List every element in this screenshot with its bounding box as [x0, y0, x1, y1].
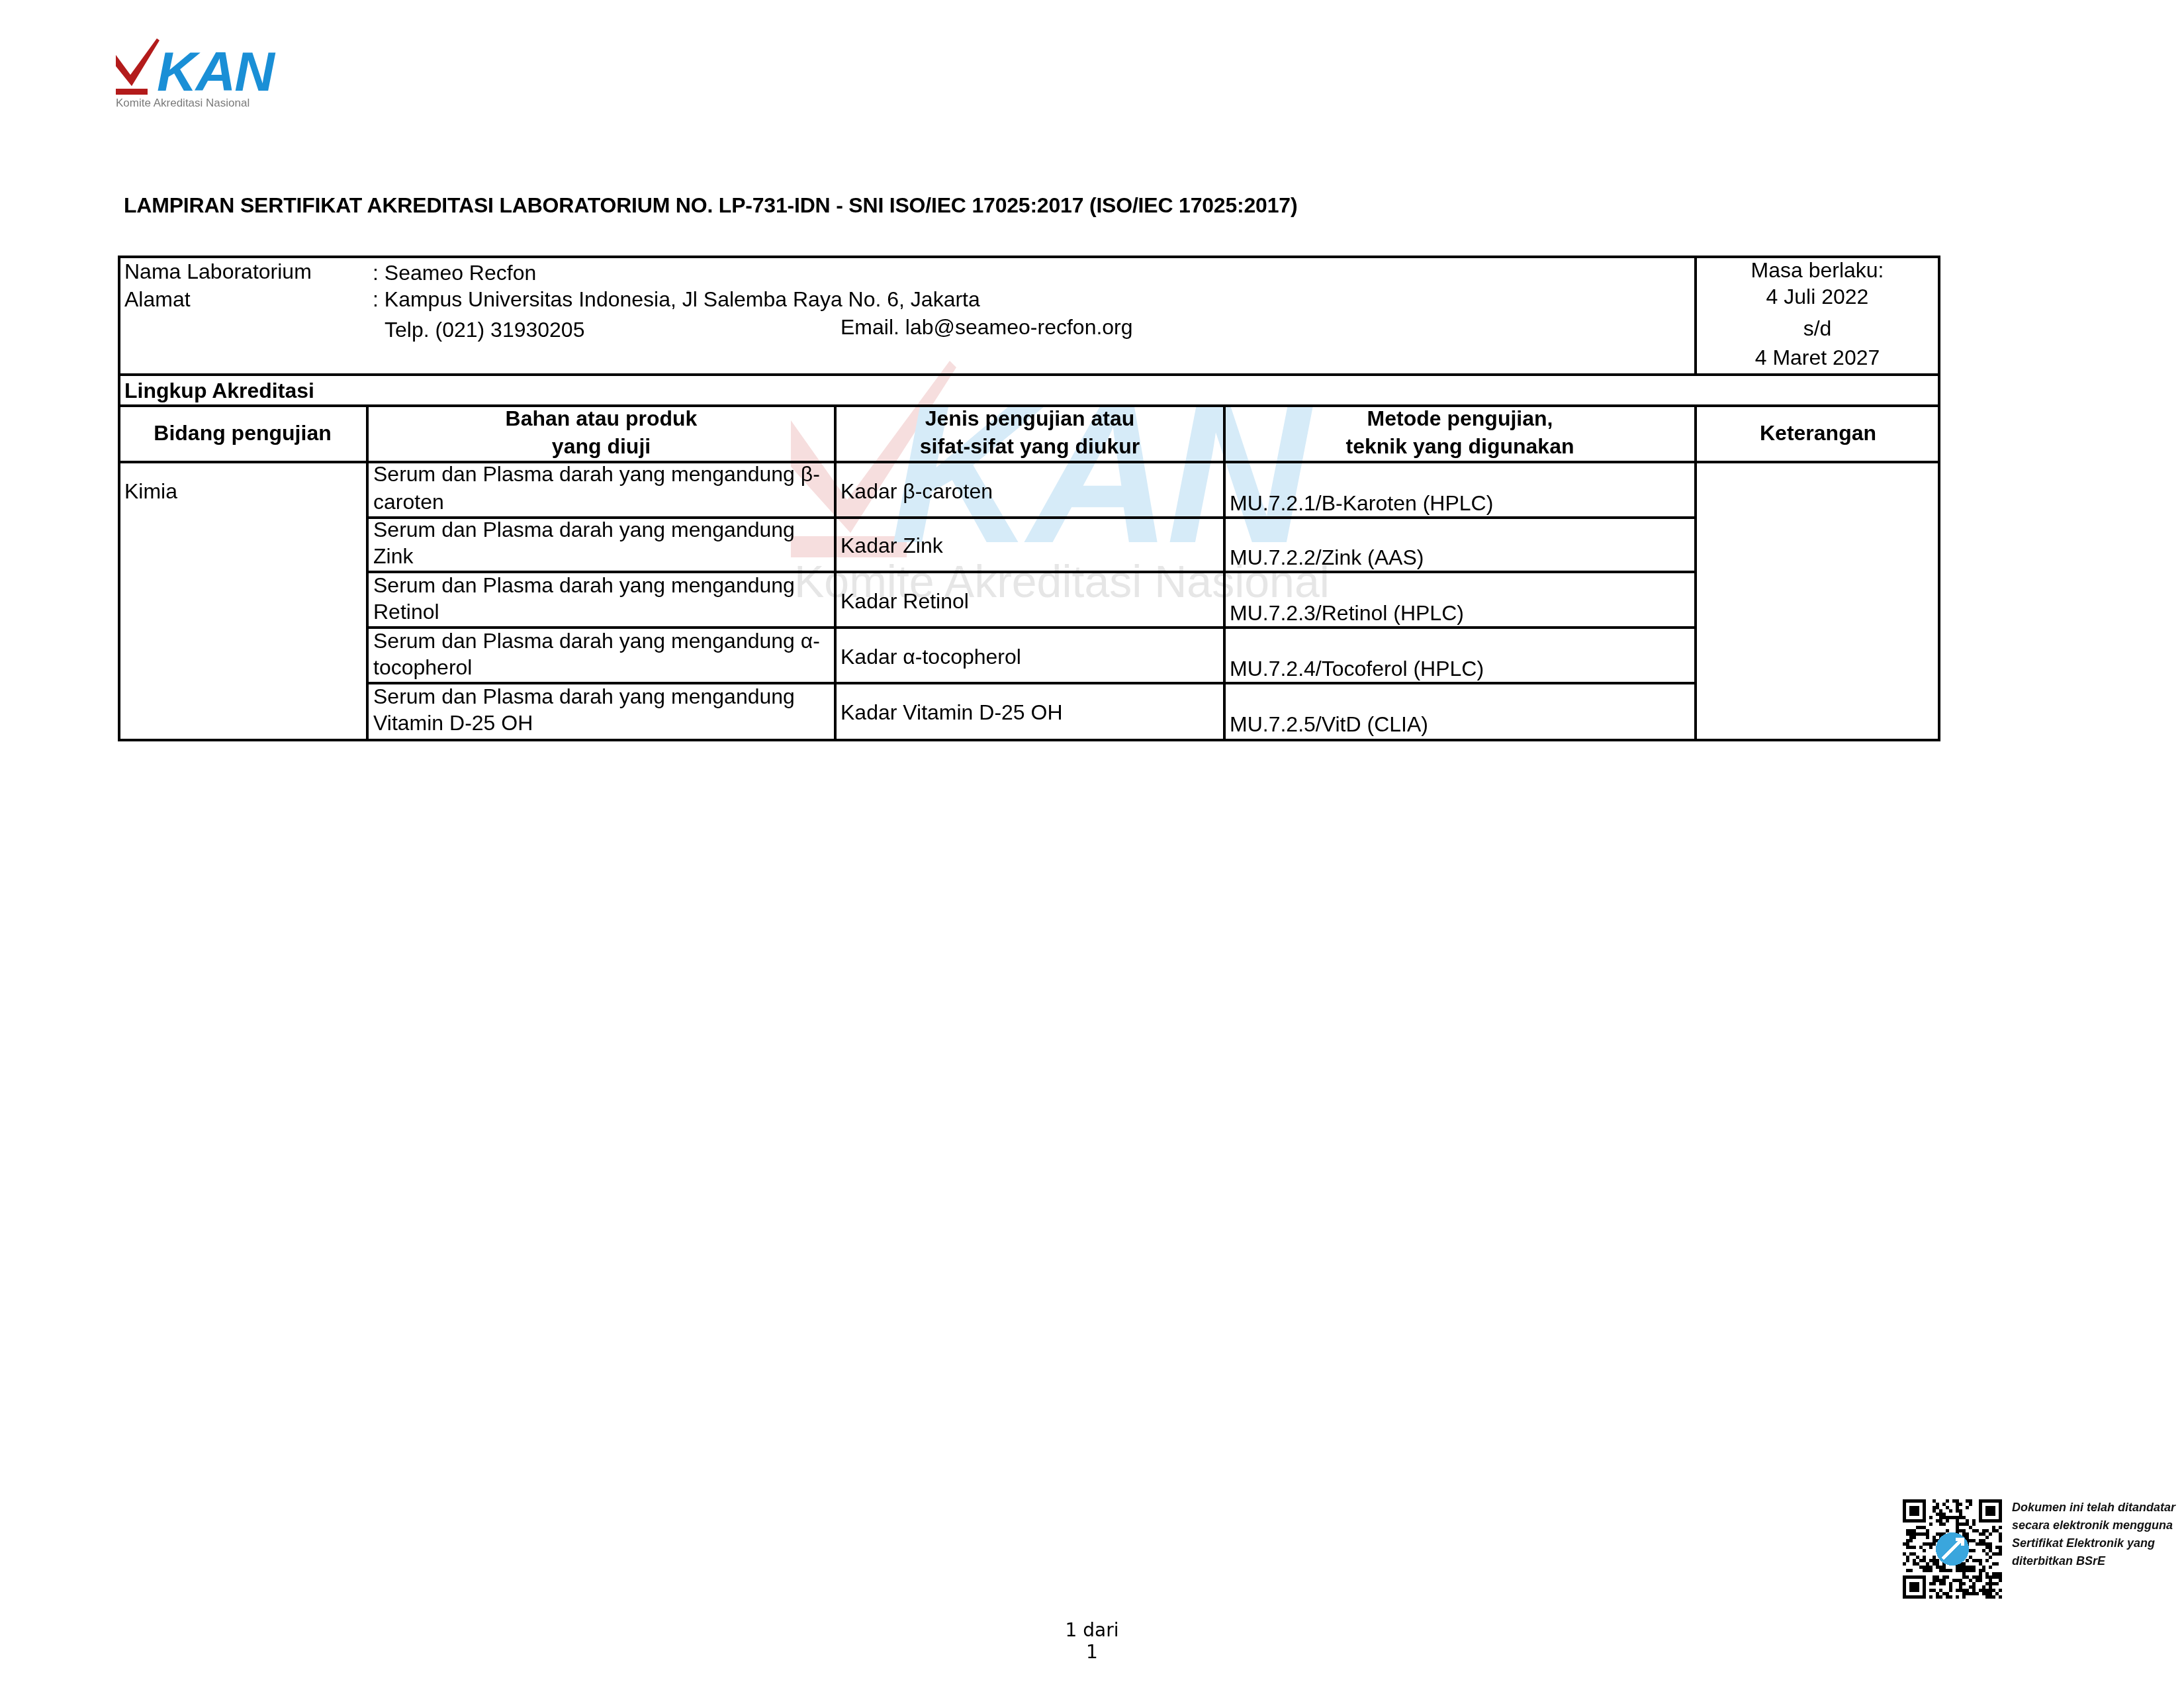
header-field: Bidang pengujian — [118, 420, 367, 446]
header-material-l2: yang diuji — [367, 433, 835, 459]
signature-line: Sertifikat Elektronik yang — [2012, 1534, 2175, 1552]
header-note: Keterangan — [1696, 420, 1940, 446]
logo-subtitle: Komite Akreditasi Nasional — [116, 97, 250, 110]
e-signature-notice: Dokumen ini telah ditandatar secara elek… — [2012, 1499, 2175, 1570]
header-method-l2: teknik yang digunakan — [1224, 433, 1696, 459]
row4-test: Kadar α-tocopherol — [841, 643, 1021, 670]
row3-material-l2: Retinol — [373, 598, 439, 625]
address-value: : Kampus Universitas Indonesia, Jl Salem… — [373, 286, 980, 312]
row4-method: MU.7.2.4/Tocoferol (HPLC) — [1230, 655, 1484, 682]
page-number: 1 dari 1 — [1059, 1619, 1125, 1663]
header-test-l1: Jenis pengujian atau — [835, 405, 1224, 432]
row5-test: Kadar Vitamin D-25 OH — [841, 699, 1063, 726]
row3-material-l1: Serum dan Plasma darah yang mengandung — [373, 572, 795, 598]
validity-end: 4 Maret 2027 — [1697, 344, 1938, 371]
validity-separator: s/d — [1697, 315, 1938, 342]
header-test-l2: sifat-sifat yang diukur — [835, 433, 1224, 459]
header-method-l1: Metode pengujian, — [1224, 405, 1696, 432]
lab-name-label: Nama Laboratorium — [124, 258, 312, 285]
signature-line: Dokumen ini telah ditandatar — [2012, 1499, 2175, 1517]
row1-material-l1: Serum dan Plasma darah yang mengandung β… — [373, 461, 820, 487]
row1-test: Kadar β-caroten — [841, 478, 993, 504]
row5-method: MU.7.2.5/VitD (CLIA) — [1230, 711, 1428, 737]
validity-label: Masa berlaku: — [1697, 257, 1938, 283]
scope-label: Lingkup Akreditasi — [124, 377, 314, 404]
row3-test: Kadar Retinol — [841, 588, 969, 614]
row1-material-l2: caroten — [373, 489, 444, 515]
row3-method: MU.7.2.3/Retinol (HPLC) — [1230, 600, 1464, 626]
qr-code-icon — [1899, 1496, 2005, 1602]
checkmark-icon — [116, 38, 162, 98]
validity-start: 4 Juli 2022 — [1697, 283, 1938, 310]
row2-material-l2: Zink — [373, 543, 413, 569]
header-material-l1: Bahan atau produk — [367, 405, 835, 432]
signature-line: secara elektronik mengguna — [2012, 1517, 2175, 1534]
row2-material-l1: Serum dan Plasma darah yang mengandung — [373, 516, 795, 543]
row2-method: MU.7.2.2/Zink (AAS) — [1230, 544, 1424, 571]
row1-method: MU.7.2.1/B-Karoten (HPLC) — [1230, 490, 1493, 516]
logo-wordmark: KAN — [157, 44, 273, 99]
field-value: Kimia — [124, 478, 177, 504]
document-title: LAMPIRAN SERTIFIKAT AKREDITASI LABORATOR… — [124, 193, 1297, 218]
signature-line: diterbitkan BSrE — [2012, 1552, 2175, 1570]
row4-material-l2: tocopherol — [373, 654, 472, 680]
row5-material-l1: Serum dan Plasma darah yang mengandung — [373, 683, 795, 710]
phone: Telp. (021) 31930205 — [385, 316, 584, 343]
lab-name-value: : Seameo Recfon — [373, 259, 536, 286]
address-label: Alamat — [124, 286, 191, 312]
kan-logo: KAN Komite Akreditasi Nasional — [116, 38, 275, 111]
email: Email. lab@seameo-recfon.org — [841, 314, 1133, 340]
divider — [118, 373, 1940, 376]
row2-test: Kadar Zink — [841, 532, 943, 559]
row4-material-l1: Serum dan Plasma darah yang mengandung α… — [373, 628, 820, 654]
row5-material-l2: Vitamin D-25 OH — [373, 710, 533, 736]
